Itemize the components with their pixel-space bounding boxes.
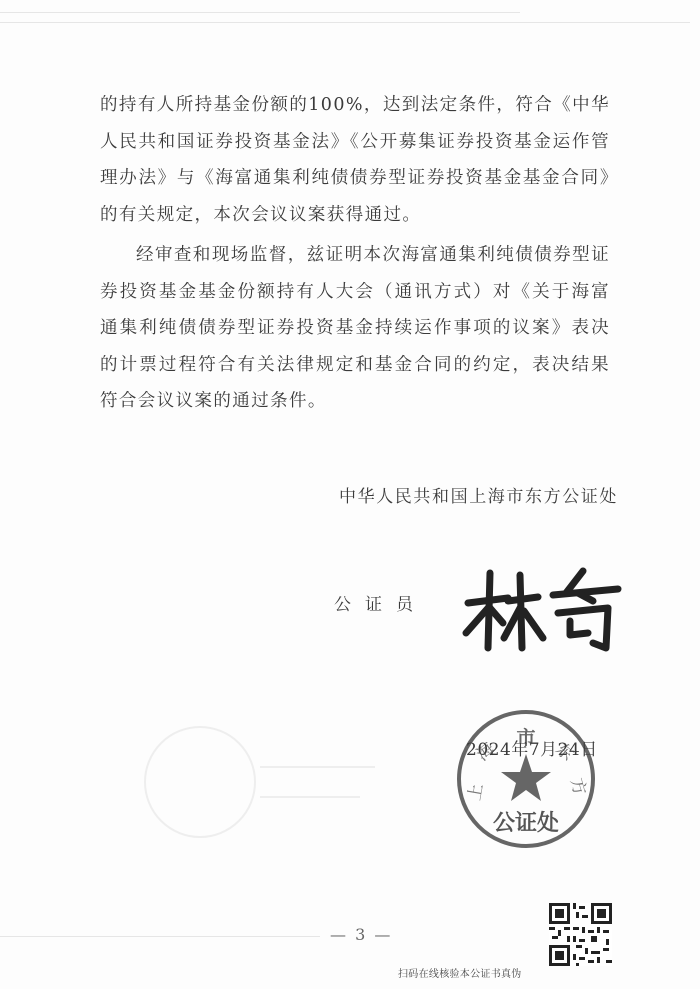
qr-verification-caption: 扫码在线核验本公证书真伪 <box>398 965 522 980</box>
issue-date: 2024年7月24日 <box>466 735 598 760</box>
notary-label: 公证员 <box>334 590 427 615</box>
notary-office-name: 中华人民共和国上海市东方公证处 <box>339 482 618 507</box>
scan-artifact <box>0 12 520 13</box>
page-number: — 3 — <box>330 925 392 944</box>
verification-qr-code[interactable] <box>549 903 612 966</box>
scan-artifact <box>0 22 690 23</box>
svg-text:方: 方 <box>566 776 590 798</box>
signature-icon <box>458 563 628 653</box>
paragraph-1: 的持有人所持基金份额的100%，达到法定条件，符合《中华人民共和国证券投资基金法… <box>100 87 610 233</box>
svg-text:公证处: 公证处 <box>493 810 559 836</box>
faded-seal-imprint <box>140 722 380 842</box>
document-page: 的持有人所持基金份额的100%，达到法定条件，符合《中华人民共和国证券投资基金法… <box>0 0 700 989</box>
svg-text:上: 上 <box>465 782 488 802</box>
paragraph-2: 经审查和现场监督，兹证明本次海富通集利纯债债券型证券投资基金基金份额持有人大会（… <box>100 237 610 420</box>
official-seal-icon: 市 海 上 东 方 公证处 <box>455 708 597 850</box>
scan-artifact <box>0 936 320 937</box>
